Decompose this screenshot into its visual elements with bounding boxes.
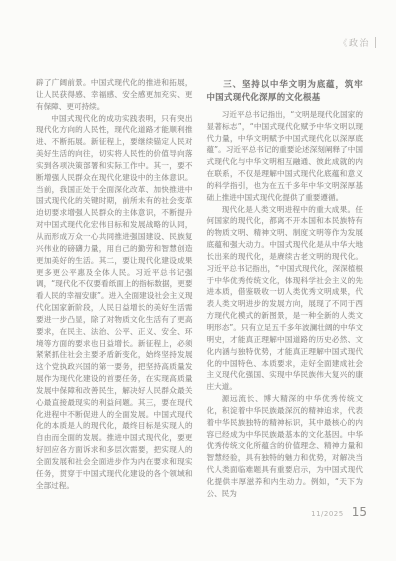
left-column: 辟了广阔前景。中国式现代化的推进和拓展，让人民获得感、幸福感、安全感更加充实、更… bbox=[36, 77, 193, 500]
section-heading: 三、坚持以中华文明为底蕴，筑牢中国式现代化深厚的文化根基 bbox=[207, 78, 364, 105]
issue-number: 11/2025 bbox=[311, 510, 344, 518]
section-guillemet-icon: 《 bbox=[338, 36, 349, 49]
page-footer: 11/2025 15 bbox=[311, 505, 367, 519]
paragraph: 现代化是人类文明进程中的重大成果。任何国家的现代化，都离不开本国和本民族特有的物… bbox=[207, 204, 364, 394]
section-label: 政治 bbox=[349, 36, 370, 49]
right-column: 三、坚持以中华文明为底蕴，筑牢中国式现代化深厚的文化根基 习近平总书记指出，“文… bbox=[207, 77, 364, 500]
paragraph: 源远流长、博大精深的中华优秀传统文化，积淀着中华民族最深沉的精神追求，代表着中华… bbox=[207, 393, 364, 500]
journal-page: 《 政治 辟了广阔前景。中国式现代化的推进和拓展，让人民获得感、幸福感、安全感更… bbox=[0, 0, 396, 561]
page-header: 《 政治 bbox=[338, 36, 376, 49]
paragraph: 习近平总书记指出，“文明是现代化国家的显著标志”，“中国式现代化赋予中华文明以现… bbox=[207, 109, 364, 204]
page-number: 15 bbox=[352, 505, 367, 519]
paragraph-continuation: 辟了广阔前景。中国式现代化的推进和拓展，让人民获得感、幸福感、安全感更加充实、更… bbox=[36, 77, 193, 113]
text-columns: 辟了广阔前景。中国式现代化的推进和拓展，让人民获得感、幸福感、安全感更加充实、更… bbox=[36, 77, 363, 500]
paragraph: 中国式现代化的成功实践表明，只有突出现代化方向的人民性，现代化道路才能顺利推进、… bbox=[36, 113, 193, 492]
header-divider bbox=[375, 37, 376, 48]
